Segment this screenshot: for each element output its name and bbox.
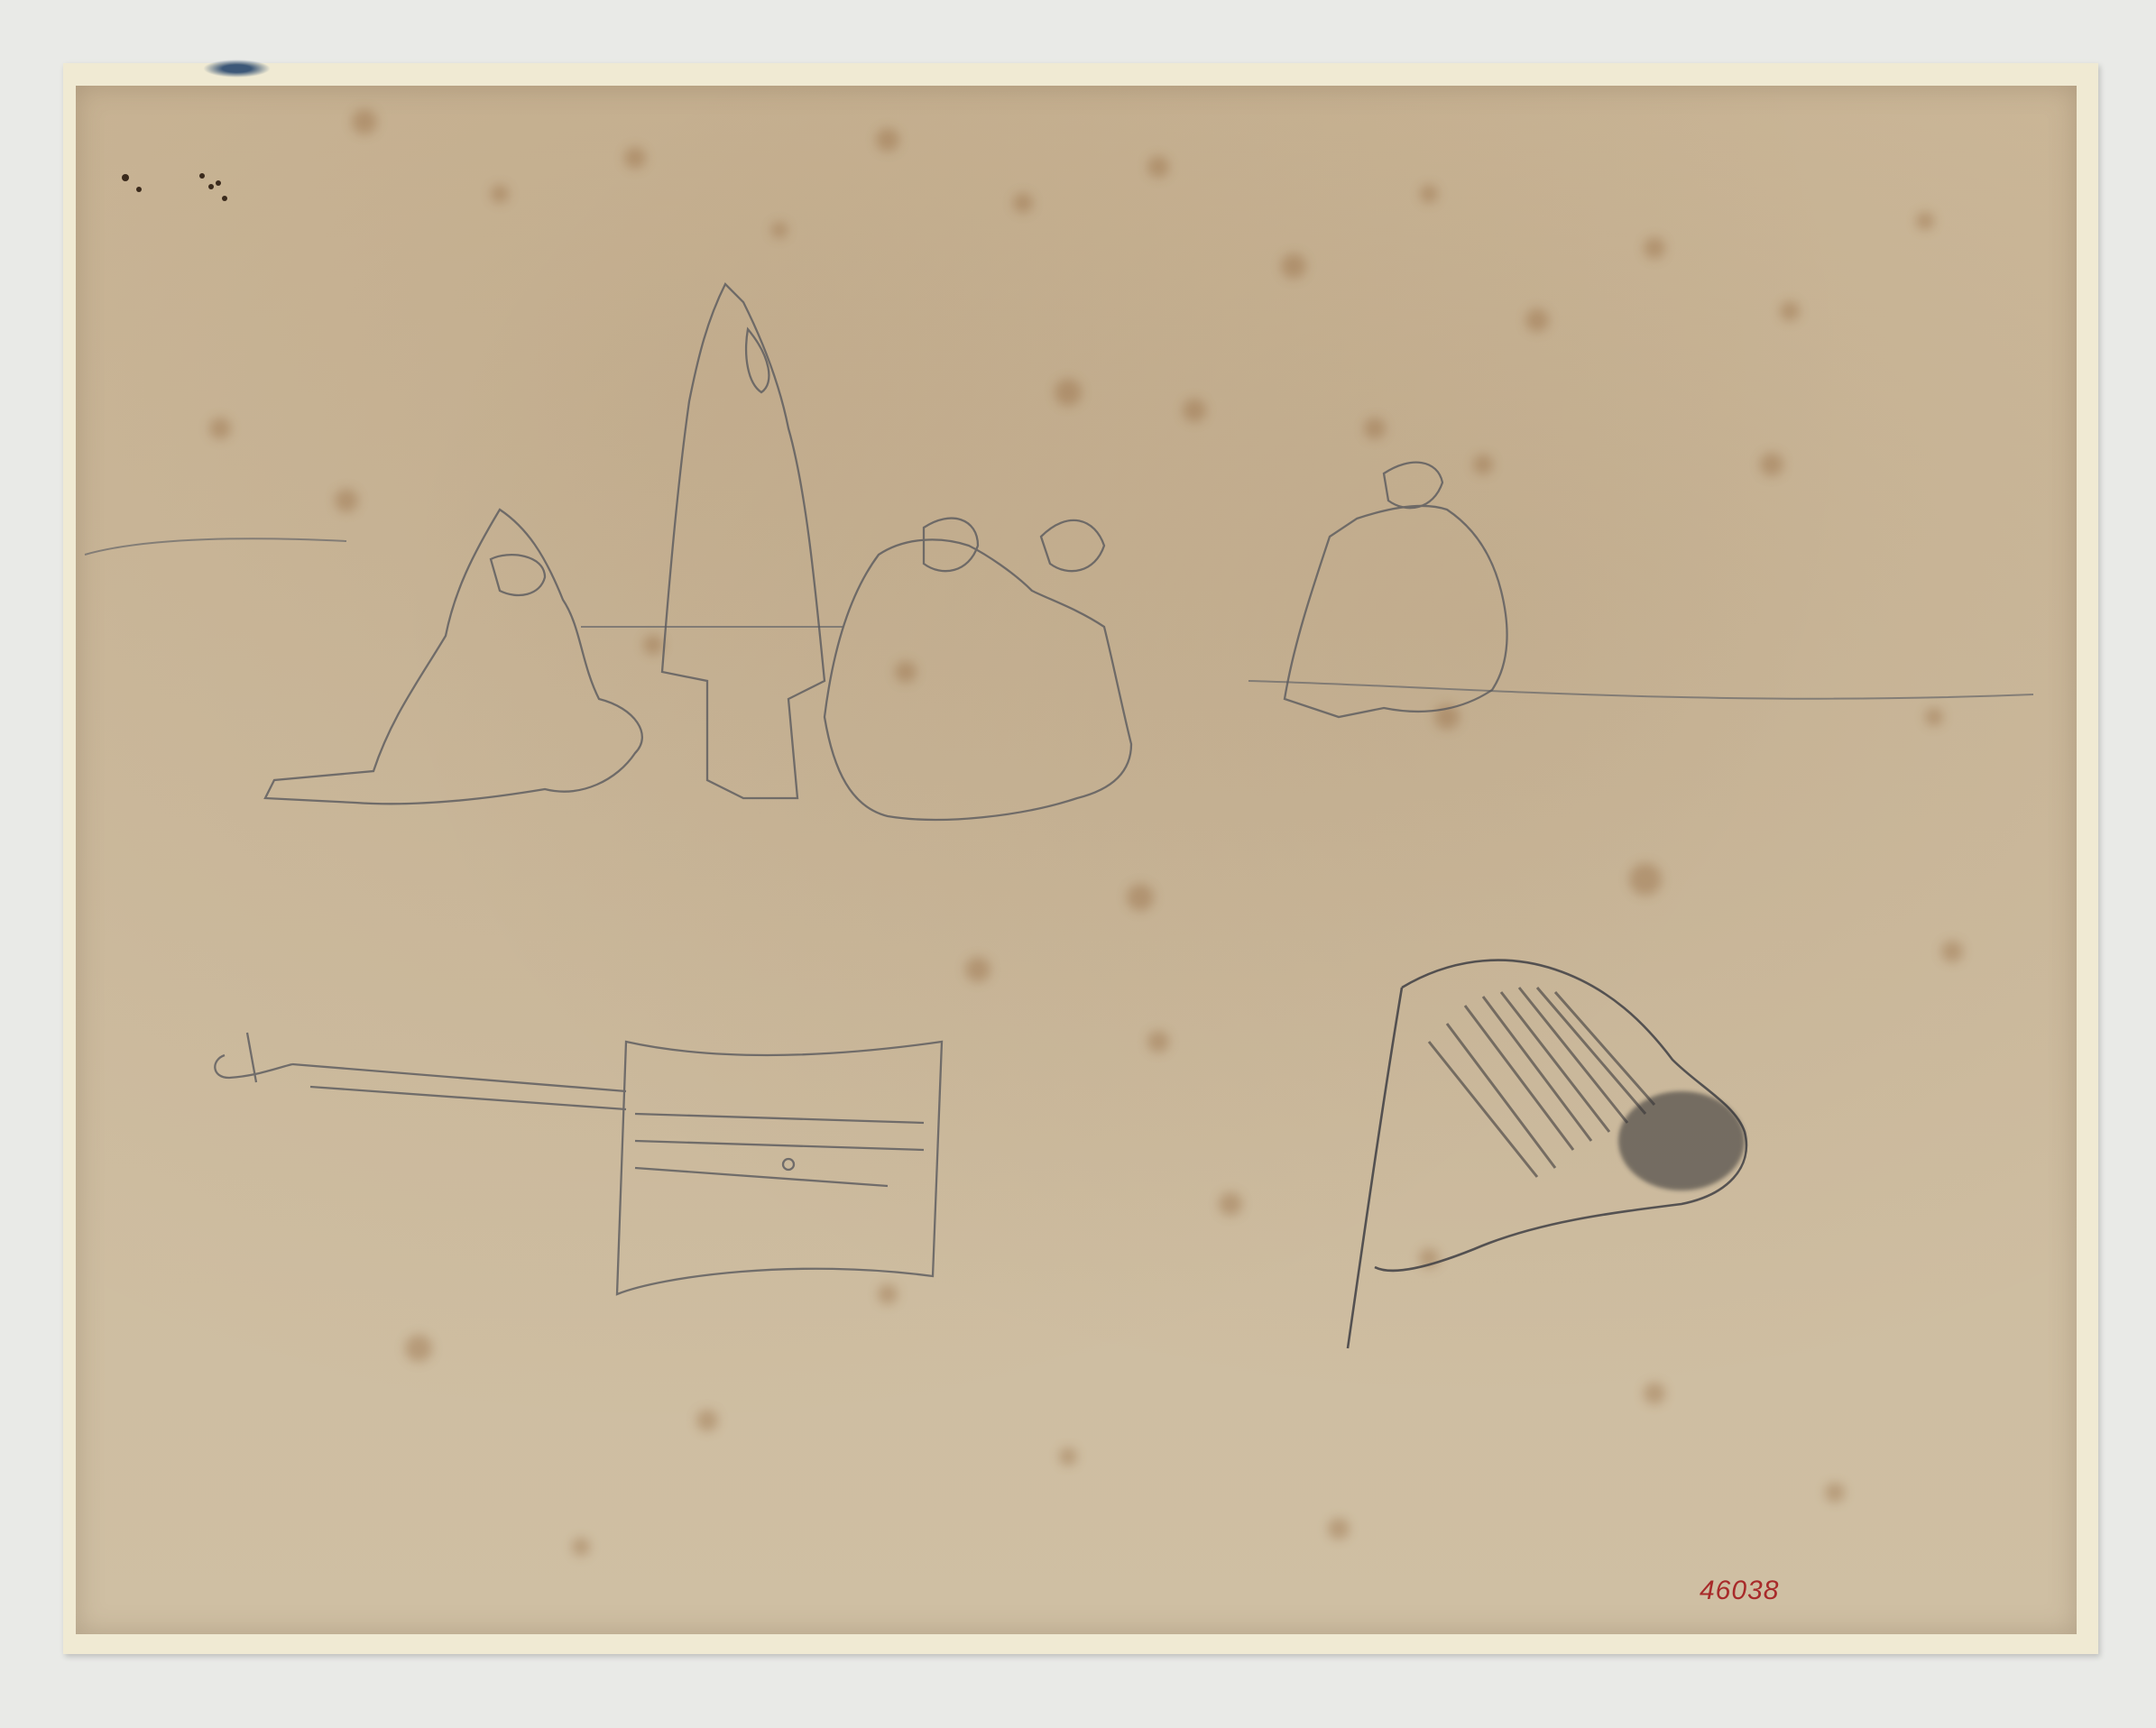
shaded-head (1618, 1091, 1745, 1190)
catalog-number: 46038 (1700, 1576, 1779, 1606)
sketch-layer (76, 86, 2077, 1634)
seated-hooded-figures-group (265, 284, 1507, 820)
blue-ink-mark (203, 60, 271, 78)
drawing-sheet (76, 86, 2077, 1634)
stringed-instrument-lute (215, 1033, 942, 1294)
foxing-stains (209, 109, 1963, 1556)
dark-specks (122, 173, 227, 201)
horizon-line (85, 538, 2033, 699)
